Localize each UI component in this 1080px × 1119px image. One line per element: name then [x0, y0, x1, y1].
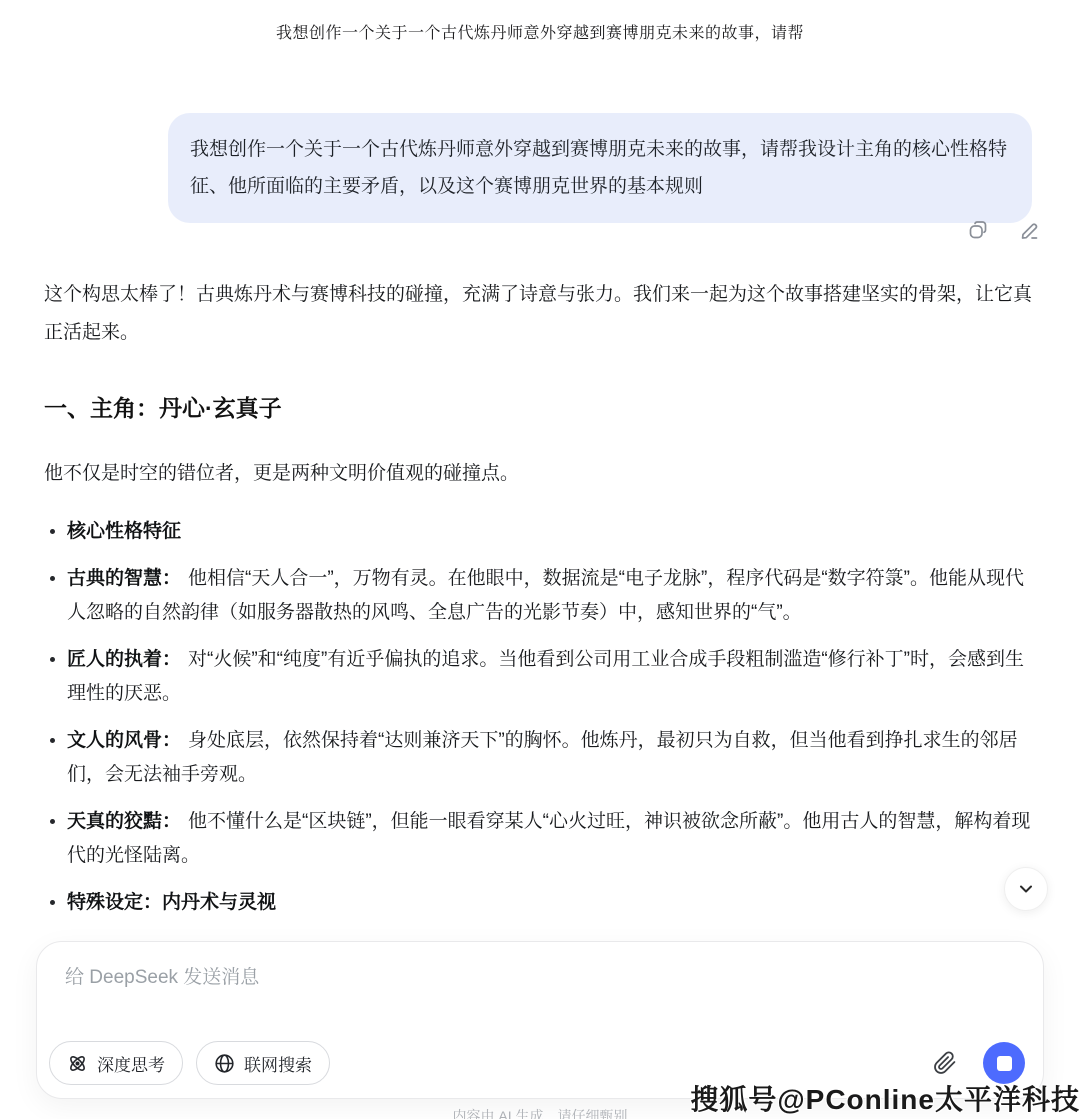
list-item: 文人的风骨：身处底层，依然保持着“达则兼济天下”的胸怀。他炼丹，最初只为自救，但… — [44, 724, 1036, 792]
assistant-message: 这个构思太棒了！古典炼丹术与赛博科技的碰撞，充满了诗意与张力。我们来一起为这个故… — [44, 276, 1036, 933]
user-message-bubble: 我想创作一个关于一个古代炼丹师意外穿越到赛博朋克未来的故事，请帮我设计主角的核心… — [168, 113, 1032, 223]
bullet-dot — [50, 819, 55, 824]
deep-think-button[interactable]: 深度思考 — [49, 1041, 183, 1085]
bullet-label: 匠人的执着： — [67, 649, 181, 670]
edit-icon — [1019, 219, 1041, 241]
attach-button[interactable] — [931, 1049, 959, 1077]
chevron-down-icon — [1017, 880, 1035, 898]
chat-title: 我想创作一个关于一个古代炼丹师意外穿越到赛博朋克未来的故事，请帮 — [0, 20, 1080, 43]
list-item: 核心性格特征 — [44, 515, 1036, 549]
copy-icon — [967, 219, 989, 241]
bullet-dot — [50, 900, 55, 905]
paperclip-icon — [933, 1051, 957, 1075]
stop-icon — [997, 1056, 1012, 1071]
copy-button[interactable] — [966, 218, 990, 242]
bullet-text: 对“火候”和“纯度”有近乎偏执的追求。当他看到公司用工业合成手段粗制滥造“修行补… — [67, 649, 1024, 704]
bullet-label: 天真的狡黠： — [67, 811, 181, 832]
atom-icon — [67, 1053, 88, 1074]
composer-panel: 深度思考 联网搜索 — [36, 941, 1044, 1099]
bullet-label: 古典的智慧： — [67, 568, 181, 589]
bullet-dot — [50, 529, 55, 534]
list-item: 特殊设定：内丹术与灵视 — [44, 886, 1036, 920]
user-message-actions — [966, 218, 1042, 242]
bullet-dot — [50, 576, 55, 581]
bullet-label: 特殊设定：内丹术与灵视 — [67, 892, 276, 913]
deep-think-label: 深度思考 — [97, 1051, 165, 1076]
bullet-text: 他不懂什么是“区块链”，但能一眼看穿某人“心火过旺，神识被欲念所蔽”。他用古人的… — [67, 811, 1030, 866]
section-heading: 一、主角：丹心·玄真子 — [44, 393, 1036, 423]
edit-button[interactable] — [1018, 218, 1042, 242]
user-message-text: 我想创作一个关于一个古代炼丹师意外穿越到赛博朋克未来的故事，请帮我设计主角的核心… — [190, 139, 1007, 197]
bullet-label: 核心性格特征 — [67, 521, 181, 542]
list-item: 匠人的执着：对“火候”和“纯度”有近乎偏执的追求。当他看到公司用工业合成手段粗制… — [44, 643, 1036, 711]
bullet-dot — [50, 738, 55, 743]
scroll-to-bottom-button[interactable] — [1004, 867, 1048, 911]
message-input[interactable] — [63, 960, 823, 1022]
watermark: 搜狐号@PConline太平洋科技 — [690, 1078, 1080, 1118]
bullet-dot — [50, 657, 55, 662]
bullet-text: 身处底层，依然保持着“达则兼济天下”的胸怀。他炼丹，最初只为自救，但当他看到挣扎… — [67, 730, 1018, 785]
web-search-button[interactable]: 联网搜索 — [196, 1041, 330, 1085]
bullet-label: 文人的风骨： — [67, 730, 181, 751]
list-item: 古典的智慧：他相信“天人合一”，万物有灵。在他眼中，数据流是“电子龙脉”，程序代… — [44, 562, 1036, 630]
list-item: 天真的狡黠：他不懂什么是“区块链”，但能一眼看穿某人“心火过旺，神识被欲念所蔽”… — [44, 805, 1036, 873]
assistant-intro: 这个构思太棒了！古典炼丹术与赛博科技的碰撞，充满了诗意与张力。我们来一起为这个故… — [44, 276, 1036, 352]
section-intro: 他不仅是时空的错位者，更是两种文明价值观的碰撞点。 — [44, 455, 1036, 493]
web-search-label: 联网搜索 — [244, 1051, 312, 1076]
bullet-list: 核心性格特征 古典的智慧：他相信“天人合一”，万物有灵。在他眼中，数据流是“电子… — [44, 515, 1036, 920]
globe-icon — [214, 1053, 235, 1074]
bullet-text: 他相信“天人合一”，万物有灵。在他眼中，数据流是“电子龙脉”，程序代码是“数字符… — [67, 568, 1024, 623]
deepseek-chat-screen: 我想创作一个关于一个古代炼丹师意外穿越到赛博朋克未来的故事，请帮 我想创作一个关… — [0, 0, 1080, 1119]
